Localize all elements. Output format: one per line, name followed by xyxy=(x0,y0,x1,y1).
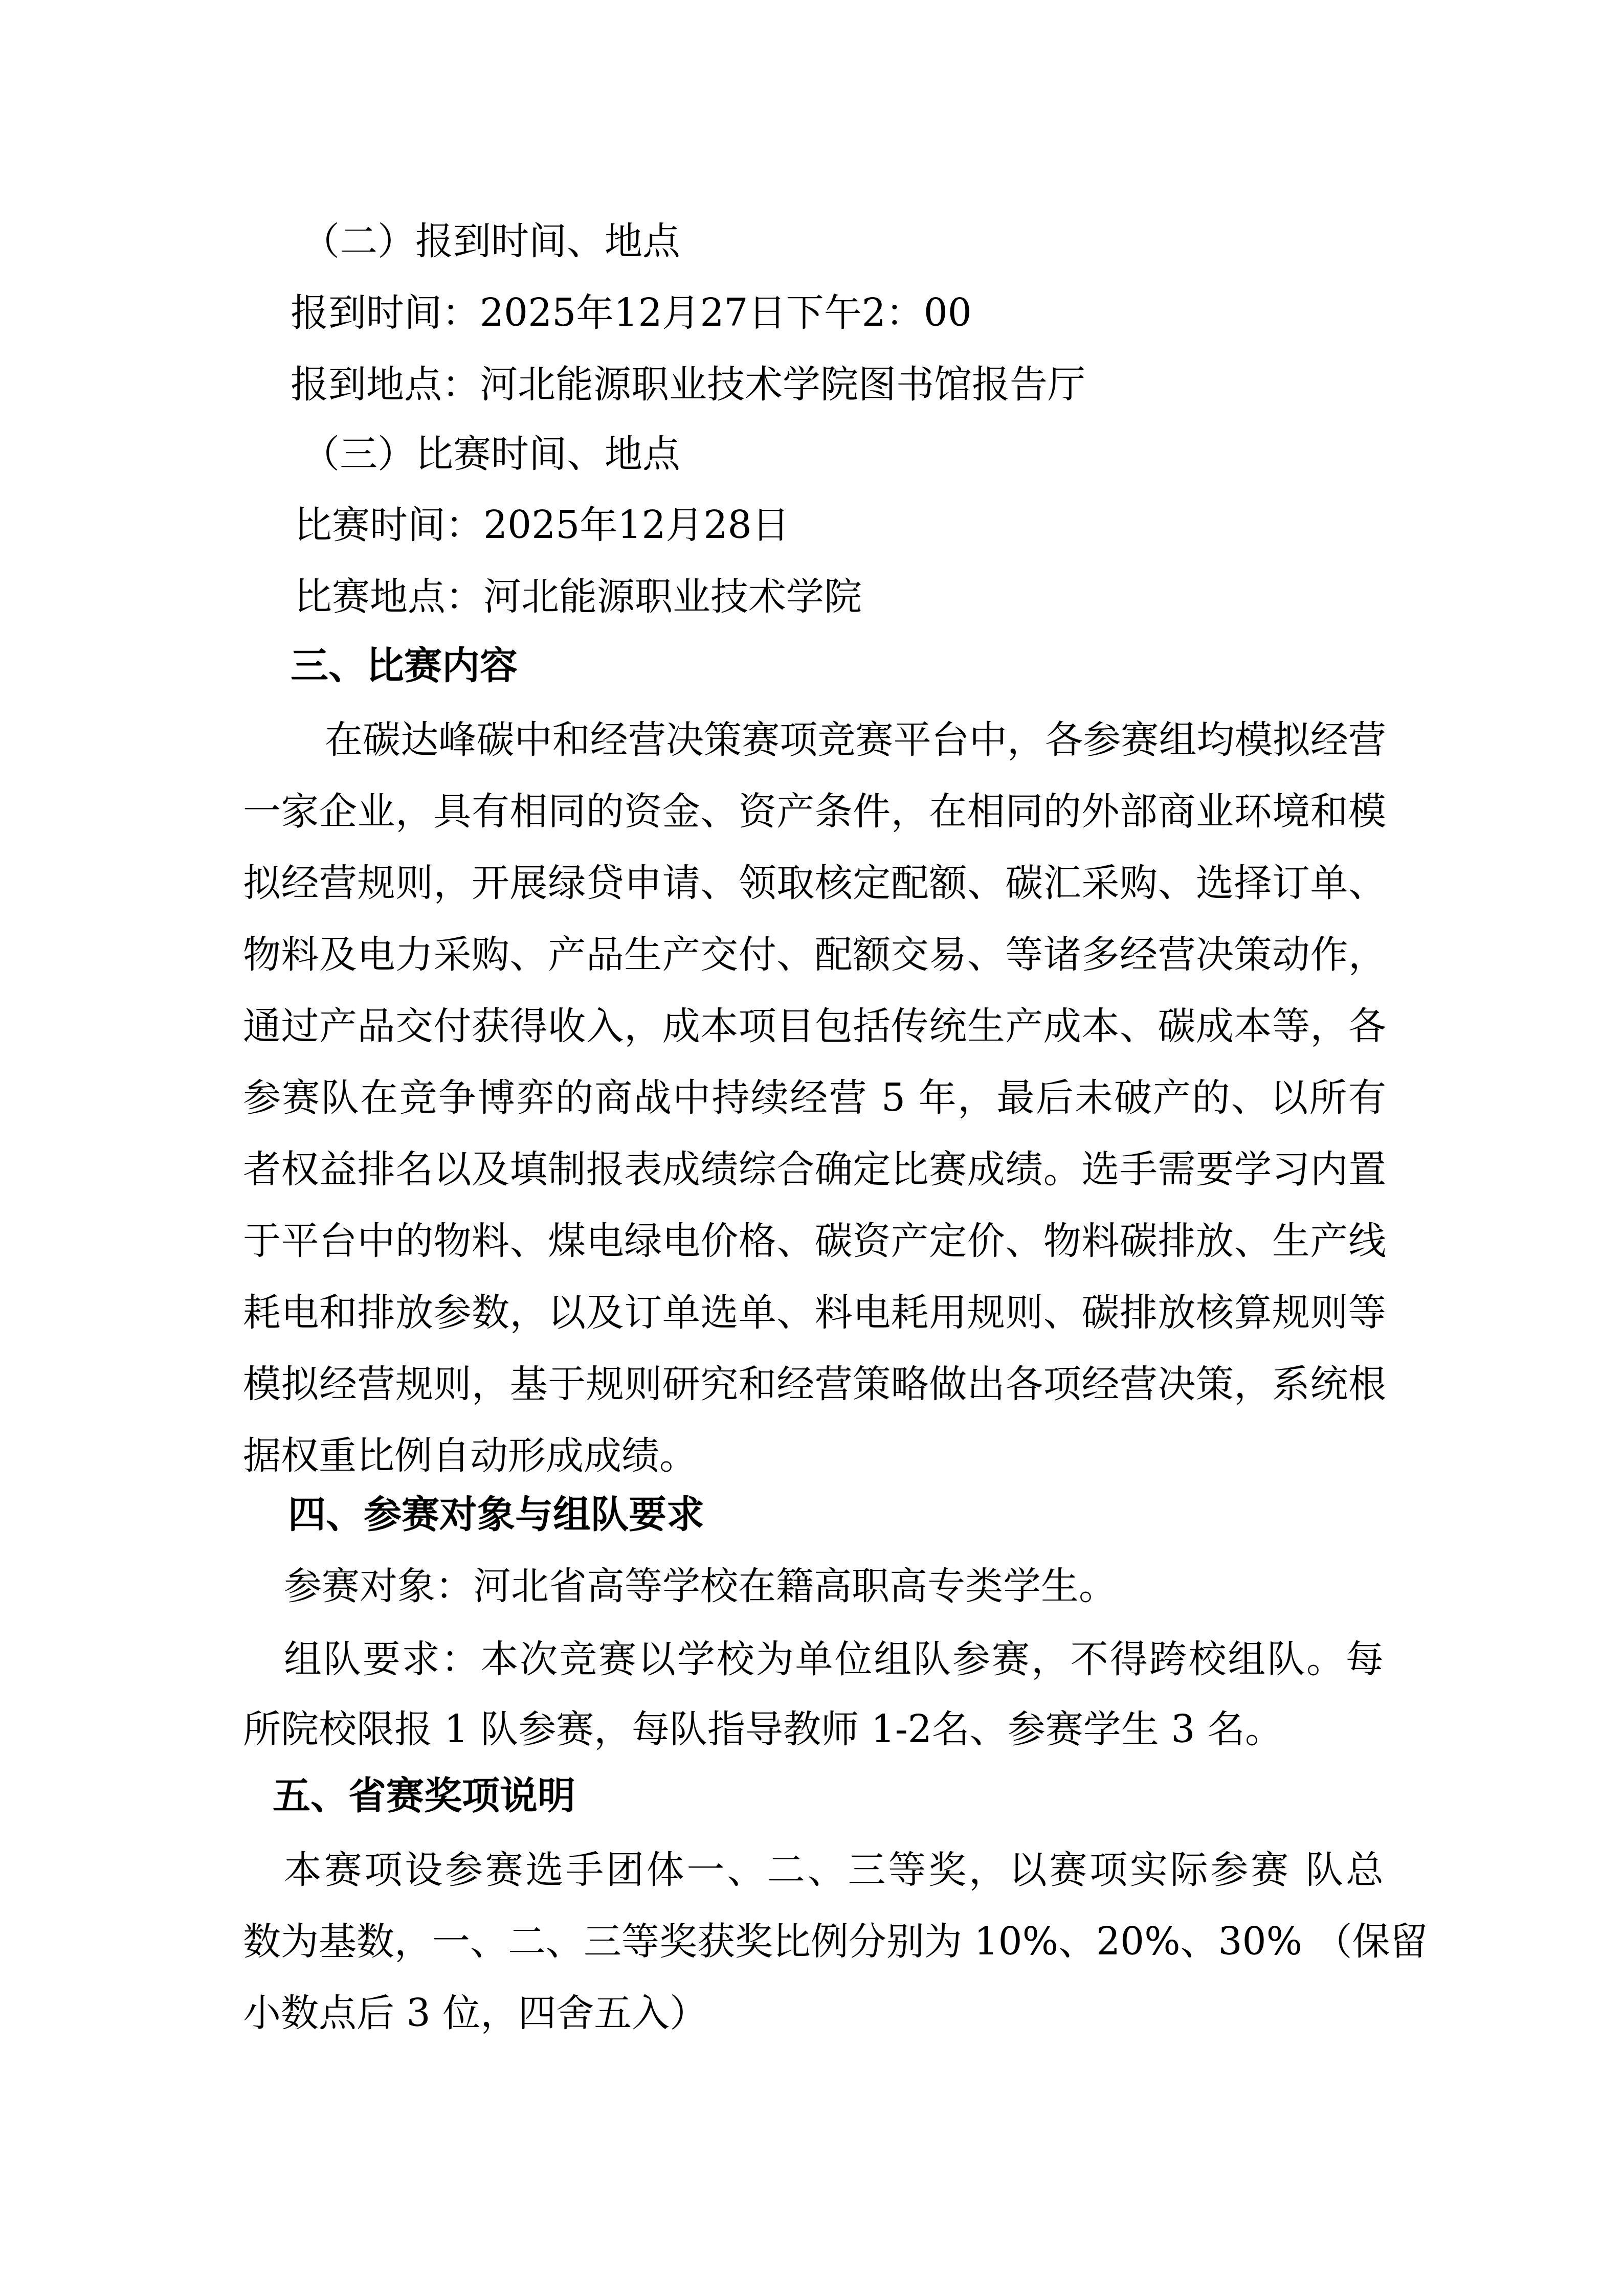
paragraph-line: 者权益排名以及填制报表成绩综合确定比赛成绩。选手需要学习内置 xyxy=(243,1144,1386,1195)
competition-place: 比赛地点：河北能源职业技术学院 xyxy=(294,571,862,622)
paragraph-line: 一家企业，具有相同的资金、资产条件，在相同的外部商业环境和模 xyxy=(243,786,1386,837)
checkin-time: 报到时间：2025年12月27日下午2：00 xyxy=(291,287,972,339)
paragraph-line: 参赛队在竞争博弈的商战中持续经营 5 年，最后未破产的、以所有 xyxy=(243,1072,1386,1123)
document-page: （二）报到时间、地点 报到时间：2025年12月27日下午2：00 报到地点：河… xyxy=(0,0,1624,2296)
subsection-heading-checkin: （二）报到时间、地点 xyxy=(302,216,680,267)
participants-text: 参赛对象：河北省高等学校在籍高职高专类学生。 xyxy=(284,1561,1117,1612)
paragraph-line: 所院校限报 1 队参赛，每队指导教师 1-2名、参赛学生 3 名。 xyxy=(243,1704,1283,1755)
paragraph-line: 据权重比例自动形成成绩。 xyxy=(243,1430,697,1481)
paragraph-line: 通过产品交付获得收入，成本项目包括传统生产成本、碳成本等，各 xyxy=(243,1001,1386,1052)
paragraph-line: 耗电和排放参数，以及订单选单、料电耗用规则、碳排放核算规则等 xyxy=(243,1287,1386,1338)
paragraph-line: 物料及电力采购、产品生产交付、配额交易、等诸多经营决策动作， xyxy=(243,929,1386,980)
paragraph-line: 本赛项设参赛选手团体一、二、三等奖，以赛项实际参赛 队总 xyxy=(284,1844,1384,1896)
paragraph-line: 在碳达峰碳中和经营决策赛项竞赛平台中，各参赛组均模拟经营 xyxy=(325,714,1386,766)
subsection-heading-competition: （三）比赛时间、地点 xyxy=(302,429,680,480)
paragraph-line: 小数点后 3 位，四舍五入） xyxy=(243,1988,707,2039)
paragraph-line: 组队要求：本次竞赛以学校为单位组队参赛，不得跨校组队。每 xyxy=(284,1634,1384,1685)
paragraph-line: 于平台中的物料、煤电绿电价格、碳资产定价、物料碳排放、生产线 xyxy=(243,1215,1386,1267)
section-heading-awards: 五、省赛奖项说明 xyxy=(273,1770,575,1821)
section-heading-content: 三、比赛内容 xyxy=(291,640,518,691)
paragraph-line: 模拟经营规则，基于规则研究和经营策略做出各项经营决策，系统根 xyxy=(243,1359,1386,1410)
paragraph-line: 拟经营规则，开展绿贷申请、领取核定配额、碳汇采购、选择订单、 xyxy=(243,858,1386,909)
checkin-place: 报到地点：河北能源职业技术学院图书馆报告厅 xyxy=(291,359,1085,410)
competition-time: 比赛时间：2025年12月28日 xyxy=(294,500,790,551)
section-heading-participants: 四、参赛对象与组队要求 xyxy=(288,1489,704,1540)
paragraph-line: 数为基数，一、二、三等奖获奖比例分别为 10%、20%、30% （保留 xyxy=(243,1916,1384,1967)
